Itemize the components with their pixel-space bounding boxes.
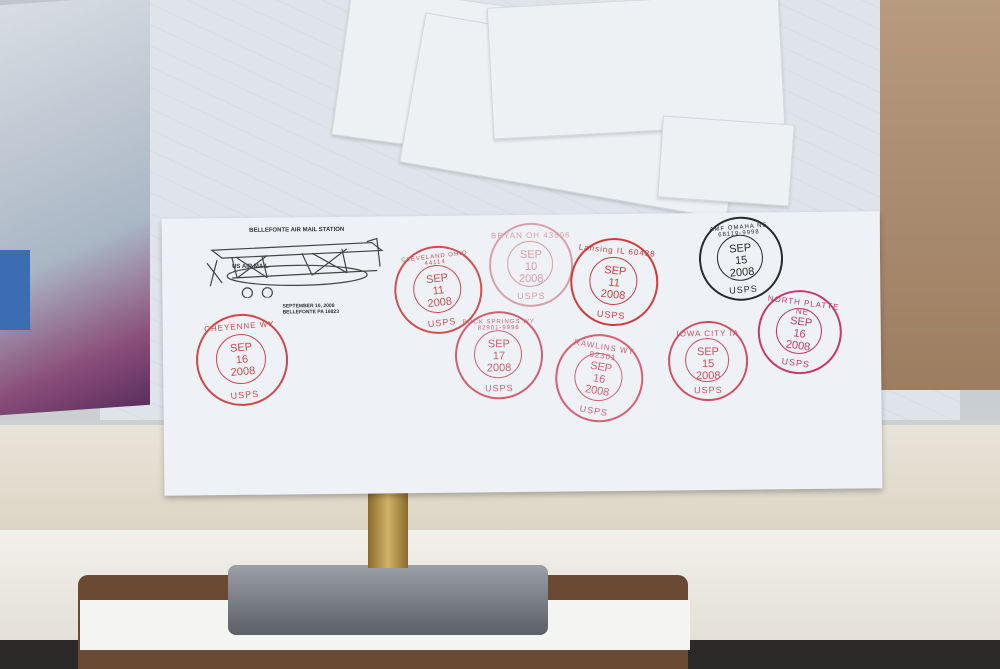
postmark-footer: USPS <box>552 399 637 423</box>
postmark: ROCK SPRINGS WY 82901-9998SEP172008USPS <box>455 311 544 400</box>
postmark: CHEYENNE WYSEP162008USPS <box>193 310 292 409</box>
postmark-footer: USPS <box>491 290 571 301</box>
stacked-envelope <box>487 0 786 140</box>
postmark-footer: USPS <box>755 353 836 373</box>
postmark-footer: USPS <box>457 383 541 394</box>
cover-envelope: BELLEFONTE AIR MAIL STATION US AIR MAIL … <box>162 211 883 496</box>
postmark-date: SEP112008 <box>395 268 483 313</box>
postmark-city: BRYAN OH 43506 <box>491 230 571 240</box>
postmark-footer: USPS <box>569 306 654 324</box>
cardboard-box <box>880 0 1000 390</box>
postmark-date: SEP102008 <box>491 248 571 285</box>
postmark-city: ROCK SPRINGS WY 82901-9998 <box>457 319 541 332</box>
envelope-stack <box>280 0 840 220</box>
airmail-cachet: BELLEFONTE AIR MAIL STATION US AIR MAIL … <box>202 226 393 318</box>
cancel-place: BELLEFONTE PA 16823 <box>283 309 339 316</box>
postmark-date: SEP162008 <box>197 339 288 382</box>
postmark: IOWA CITY IASEP152008USPS <box>668 321 749 402</box>
postmark-city: IOWA CITY IA <box>670 329 746 339</box>
postmark-date: SEP152008 <box>670 345 746 382</box>
postmark: Lansing IL 60438SEP112008USPS <box>566 234 662 330</box>
biplane-icon <box>202 236 393 298</box>
postmark-date: SEP112008 <box>571 261 658 305</box>
postmark: RAWLINS WY 82301SEP162008USPS <box>549 328 650 429</box>
postmark-footer: USPS <box>201 386 290 403</box>
clipboard-clip <box>228 565 548 635</box>
postmark-date: SEP152008 <box>700 240 783 282</box>
left-box <box>0 0 150 415</box>
postmark-city: CHEYENNE WY <box>195 319 283 335</box>
left-box-stripe <box>0 250 30 330</box>
postmark: AMF OMAHA NE 68119-9998SEP152008USPS <box>696 213 786 303</box>
photo-scene: BELLEFONTE AIR MAIL STATION US AIR MAIL … <box>0 0 1000 669</box>
plane-marking: US AIR MAIL <box>232 264 269 270</box>
postmark: BRYAN OH 43506SEP102008USPS <box>489 222 574 307</box>
brass-fastener <box>368 488 408 568</box>
cachet-cancel: SEPTEMBER 10, 2008 BELLEFONTE PA 16823 <box>282 303 339 316</box>
cachet-title: BELLEFONTE AIR MAIL STATION <box>202 226 392 234</box>
postmark-date: SEP172008 <box>457 338 541 375</box>
stacked-envelope <box>657 115 794 206</box>
postmark: NORTH PLATTE NESEP162008USPS <box>753 285 847 379</box>
postmark-footer: USPS <box>670 385 746 396</box>
